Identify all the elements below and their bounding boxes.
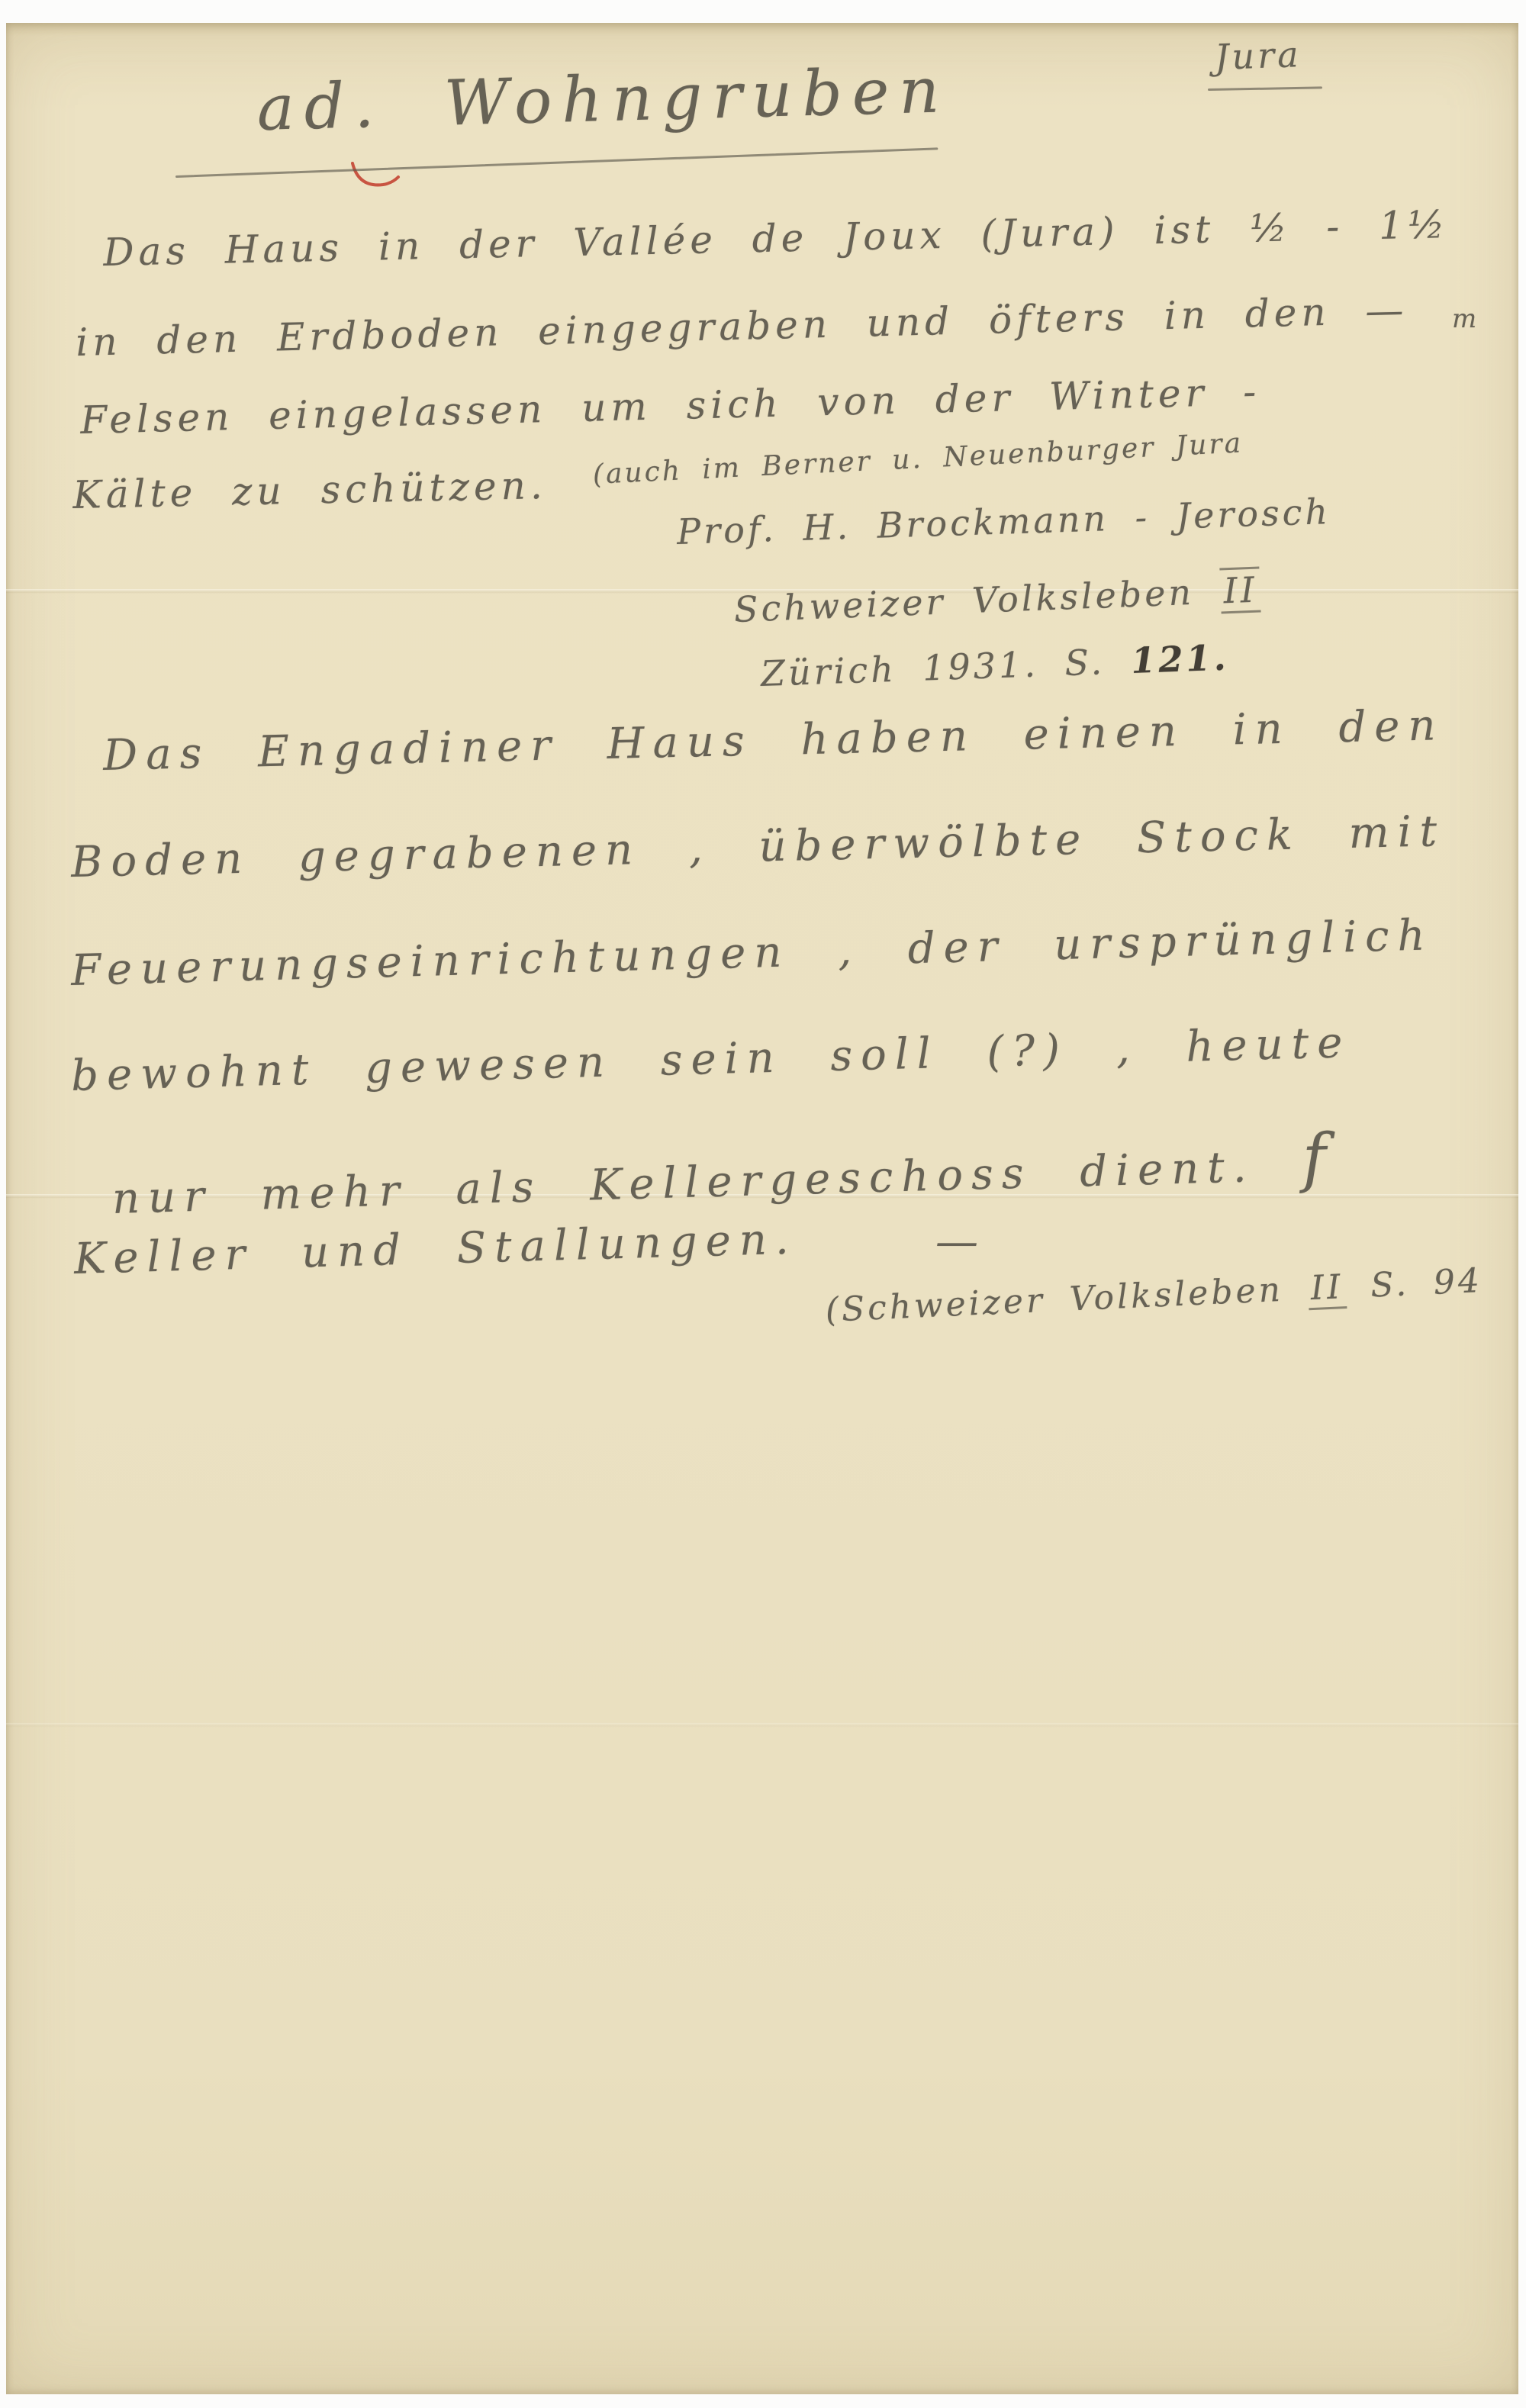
para1-unit-m: m	[1452, 304, 1476, 334]
flourish-mark: f	[1302, 1119, 1336, 1195]
para2-line3: Feuerungseinrichtungen , der ursprünglic…	[70, 910, 1434, 996]
para2-line2: Boden gegrabenen , überwölbte Stock mit	[71, 806, 1446, 887]
citation1-work: Schweizer Volksleben	[733, 571, 1195, 630]
para1-line4: Kälte zu schützen.	[72, 463, 547, 517]
para1-line4-note: (auch im Berner u. Neuenburger Jura	[592, 427, 1244, 491]
citation1-imprint-line: Zürich 1931. S. 121.	[760, 637, 1229, 694]
citation1-imprint: Zürich 1931. S.	[760, 641, 1106, 694]
title-underline	[175, 147, 938, 178]
para2-line5-wrap: nur mehr als Kellergeschoss dient. f	[111, 1119, 1335, 1228]
citation2-page: S. 94	[1370, 1261, 1483, 1305]
paragraph-end-dash: —	[935, 1217, 978, 1267]
para2-line4: bewohnt gewesen sein soll (?) , heute	[70, 1018, 1351, 1101]
citation1-page: 121.	[1131, 637, 1230, 681]
corner-annotation-underline	[1208, 86, 1322, 91]
para1-line1: Das Haus in der Vallée de Joux (Jura) is…	[103, 202, 1450, 275]
citation1-author: Prof. H. Brockmann - Jerosch	[676, 491, 1331, 552]
manuscript-page: Jura ad. Wohngruben Das Haus in der Vall…	[6, 23, 1518, 2394]
para2-line5: nur mehr als Kellergeschoss dient.	[111, 1142, 1255, 1224]
citation2-volume: II	[1307, 1267, 1347, 1310]
page-title: ad. Wohngruben	[256, 54, 951, 145]
para1-line2: in den Erdboden eingegraben und öfters i…	[76, 288, 1409, 365]
citation1-volume: II	[1219, 567, 1261, 614]
citation2-line: (Schweizer Volksleben II S. 94	[825, 1261, 1483, 1330]
corner-annotation: Jura	[1214, 34, 1302, 78]
citation1-work-line: Schweizer Volksleben II	[733, 569, 1261, 630]
para1-line3: Felsen eingelassen um sich von der Winte…	[80, 369, 1261, 443]
fold-crease-lower	[6, 1723, 1518, 1727]
para2-line1: Das Engadiner Haus haben einen in den	[103, 700, 1445, 781]
citation2-prefix: (Schweizer Volksleben	[825, 1270, 1284, 1330]
red-pencil-mark	[348, 159, 417, 197]
